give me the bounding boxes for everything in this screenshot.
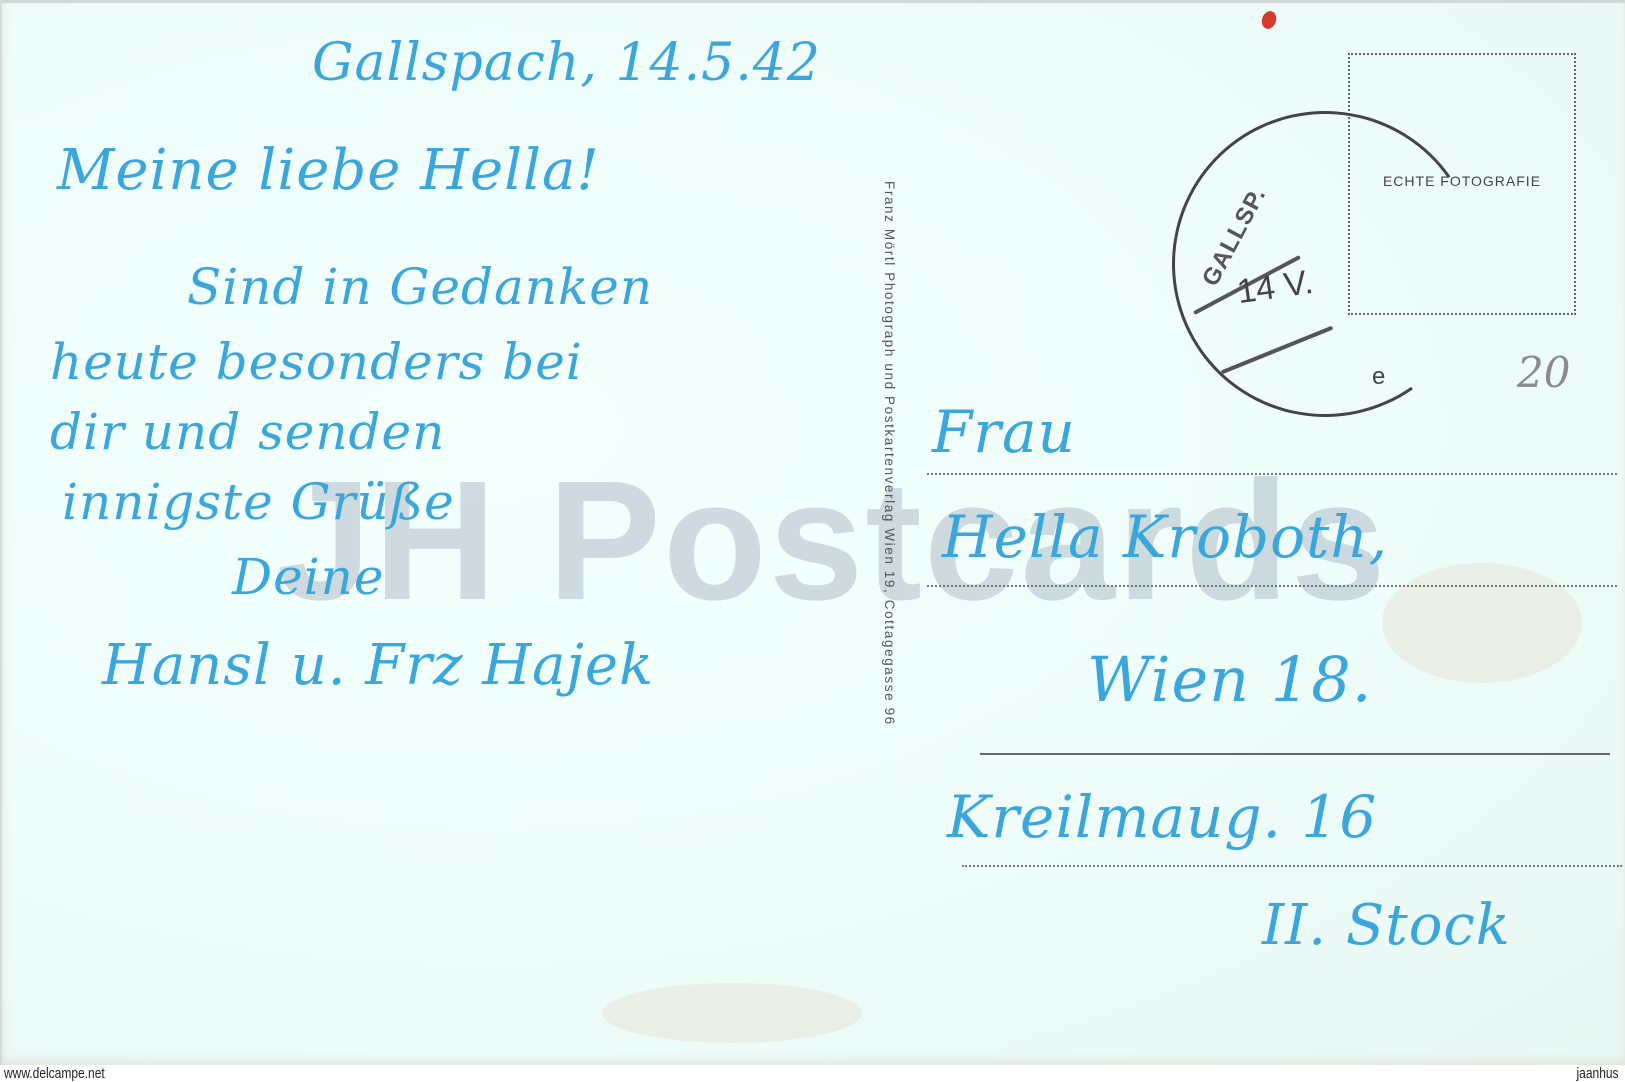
- pencil-note: 20: [1517, 348, 1570, 397]
- postcard-back: JH Postcards Gallspach, 14.5.42 Meine li…: [0, 0, 1625, 1068]
- signature: Hansl u. Frz Hajek: [102, 633, 654, 698]
- footer-source-link[interactable]: www.delcampe.net: [4, 1065, 105, 1082]
- red-mark: [1259, 9, 1278, 31]
- address-line: Kreilmaug. 16: [947, 783, 1377, 851]
- address-rule: [927, 473, 1617, 475]
- address-rule: [927, 585, 1617, 587]
- paper-stain: [602, 983, 862, 1043]
- address-rule: [980, 753, 1610, 755]
- message-line: Sind in Gedanken: [187, 258, 653, 316]
- address-rule: [962, 865, 1622, 867]
- address-line: Wien 18.: [1087, 643, 1372, 716]
- message-line: Deine: [232, 548, 384, 606]
- message-line: innigste Grüße: [62, 473, 455, 531]
- publisher-imprint: Franz Mörtl Photograph und Postkartenver…: [882, 181, 897, 726]
- footer: www.delcampe.net jaanhus: [0, 1065, 1625, 1082]
- address-line: II. Stock: [1262, 893, 1511, 958]
- postmark-code: e: [1372, 363, 1385, 391]
- paper-stain: [1382, 563, 1582, 683]
- address-line: Hella Kroboth,: [942, 503, 1388, 571]
- salutation: Meine liebe Hella!: [57, 138, 600, 203]
- message-line: dir und senden: [50, 403, 445, 461]
- message-line: heute besonders bei: [50, 333, 583, 391]
- address-line: Frau: [932, 398, 1076, 466]
- footer-seller: jaanhus: [1577, 1065, 1619, 1082]
- place-date: Gallspach, 14.5.42: [312, 33, 821, 93]
